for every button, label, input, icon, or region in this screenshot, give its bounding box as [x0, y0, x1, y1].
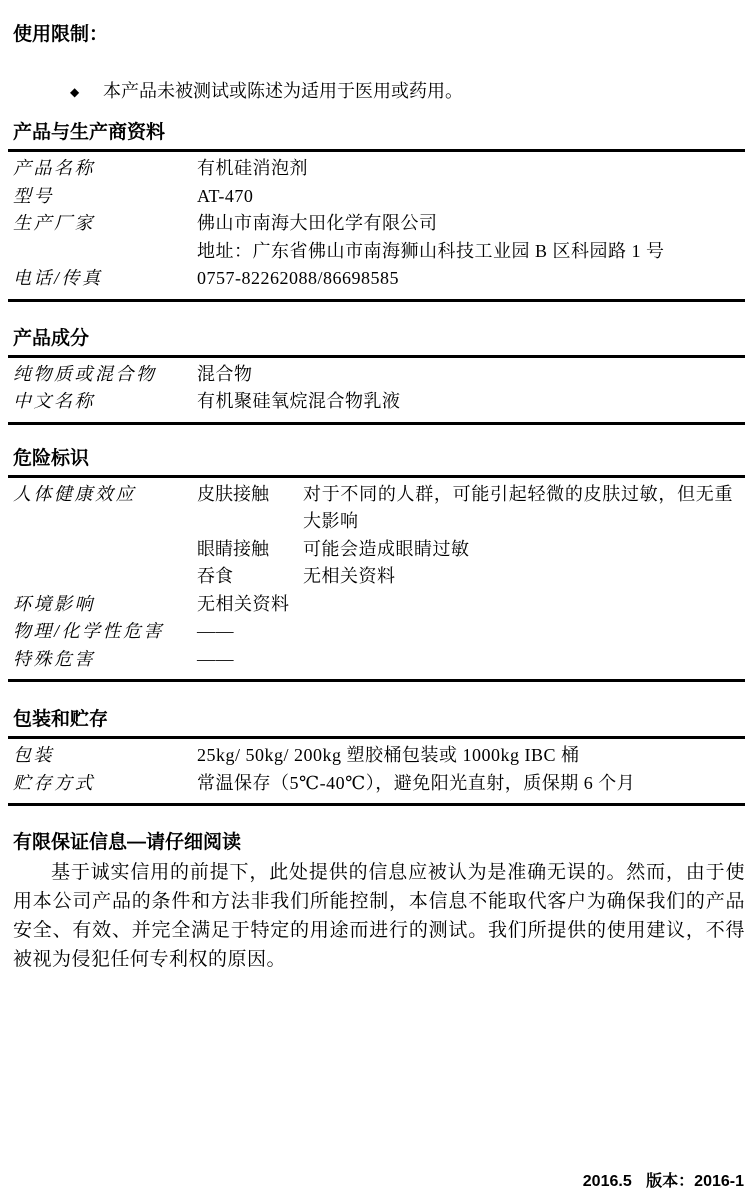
table-row: 特殊危害 ——	[13, 646, 745, 674]
row-value: ——	[197, 618, 745, 646]
section-packaging: 包装和贮存 包装 25kg/ 50kg/ 200kg 塑胶桶包装或 1000kg…	[8, 708, 745, 806]
section-title: 产品成分	[8, 327, 745, 351]
row-value: ——	[197, 646, 745, 674]
section-title: 危险标识	[8, 447, 745, 471]
row-label: 特殊危害	[13, 646, 197, 674]
divider	[8, 422, 745, 425]
section-hazards: 危险标识 人体健康效应 皮肤接触 对于不同的人群，可能引起轻微的皮肤过敏，但无重…	[8, 447, 745, 683]
section-title: 包装和贮存	[8, 708, 745, 732]
row-label: 贮存方式	[13, 770, 197, 798]
row-value: 无相关资料	[303, 563, 745, 591]
row-label: 型号	[13, 183, 197, 211]
row-sublabel: 眼睛接触	[197, 536, 303, 564]
document-page: 使用限制： ◆本产品未被测试或陈述为适用于医用或药用。 产品与生产商资料 产品名…	[8, 24, 745, 974]
row-value: 有机聚硅氧烷混合物乳液	[197, 388, 745, 416]
table-row: 包装 25kg/ 50kg/ 200kg 塑胶桶包装或 1000kg IBC 桶	[13, 742, 745, 770]
row-value: 0757-82262088/86698585	[197, 265, 745, 293]
footer-version: 版本：2016-1	[646, 1173, 744, 1190]
row-value: 无相关资料	[197, 591, 745, 619]
table-row: 眼睛接触 可能会造成眼睛过敏	[13, 536, 745, 564]
row-value: 对于不同的人群，可能引起轻微的皮肤过敏，但无重大影响	[303, 481, 733, 536]
table-row: 生产厂家 佛山市南海大田化学有限公司	[13, 210, 745, 238]
table-row: 环境影响 无相关资料	[13, 591, 745, 619]
row-label	[13, 536, 197, 564]
table-row: 吞食 无相关资料	[13, 563, 745, 591]
usage-restriction-text: 本产品未被测试或陈述为适用于医用或药用。	[103, 81, 463, 101]
footer-date: 2016.5	[583, 1173, 632, 1190]
divider	[8, 299, 745, 302]
warranty-paragraph: 基于诚实信用的前提下，此处提供的信息应被认为是准确无误的。然而，由于使用本公司产…	[8, 858, 745, 974]
row-label: 包装	[13, 742, 197, 770]
row-label: 纯物质或混合物	[13, 361, 197, 389]
usage-restriction-item: ◆本产品未被测试或陈述为适用于医用或药用。	[8, 78, 745, 106]
row-value: 25kg/ 50kg/ 200kg 塑胶桶包装或 1000kg IBC 桶	[197, 742, 745, 770]
row-value: 地址：广东省佛山市南海狮山科技工业园 B 区科园路 1 号	[197, 238, 745, 266]
divider	[8, 679, 745, 682]
divider	[8, 803, 745, 806]
table-row: 电话/传真 0757-82262088/86698585	[13, 265, 745, 293]
row-value: 可能会造成眼睛过敏	[303, 536, 745, 564]
row-value: 常温保存（5℃-40℃），避免阳光直射，质保期 6 个月	[197, 770, 745, 798]
row-value: 佛山市南海大田化学有限公司	[197, 210, 745, 238]
row-value: AT-470	[197, 183, 745, 211]
row-label: 产品名称	[13, 155, 197, 183]
row-label: 人体健康效应	[13, 481, 197, 536]
row-sublabel: 皮肤接触	[197, 481, 303, 536]
packaging-table: 包装 25kg/ 50kg/ 200kg 塑胶桶包装或 1000kg IBC 桶…	[8, 739, 745, 802]
table-row: 物理/化学性危害 ——	[13, 618, 745, 646]
composition-table: 纯物质或混合物 混合物 中文名称 有机聚硅氧烷混合物乳液	[8, 358, 745, 421]
section-warranty: 有限保证信息—请仔细阅读 基于诚实信用的前提下，此处提供的信息应被认为是准确无误…	[8, 831, 745, 974]
hazards-table: 人体健康效应 皮肤接触 对于不同的人群，可能引起轻微的皮肤过敏，但无重大影响 眼…	[8, 478, 745, 679]
table-row: 中文名称 有机聚硅氧烷混合物乳液	[13, 388, 745, 416]
table-row: 纯物质或混合物 混合物	[13, 361, 745, 389]
document-footer: 2016.5 版本：2016-1	[583, 1168, 744, 1191]
table-row: 贮存方式 常温保存（5℃-40℃），避免阳光直射，质保期 6 个月	[13, 770, 745, 798]
table-row: 产品名称 有机硅消泡剂	[13, 155, 745, 183]
section-composition: 产品成分 纯物质或混合物 混合物 中文名称 有机聚硅氧烷混合物乳液	[8, 327, 745, 425]
warranty-title: 有限保证信息—请仔细阅读	[8, 831, 745, 855]
row-label: 物理/化学性危害	[13, 618, 197, 646]
row-label: 中文名称	[13, 388, 197, 416]
row-label	[13, 238, 197, 266]
usage-restrictions-title: 使用限制：	[13, 24, 745, 46]
row-sublabel: 吞食	[197, 563, 303, 591]
row-label: 环境影响	[13, 591, 197, 619]
diamond-bullet-icon: ◆	[70, 79, 103, 106]
row-label: 生产厂家	[13, 210, 197, 238]
row-label	[13, 563, 197, 591]
section-product-info: 产品与生产商资料 产品名称 有机硅消泡剂 型号 AT-470 生产厂家 佛山市南…	[8, 121, 745, 302]
row-value: 混合物	[197, 361, 745, 389]
table-row: 型号 AT-470	[13, 183, 745, 211]
section-title: 产品与生产商资料	[8, 121, 745, 145]
row-label: 电话/传真	[13, 265, 197, 293]
table-row: 人体健康效应 皮肤接触 对于不同的人群，可能引起轻微的皮肤过敏，但无重大影响	[13, 481, 745, 536]
row-value: 有机硅消泡剂	[197, 155, 745, 183]
product-info-table: 产品名称 有机硅消泡剂 型号 AT-470 生产厂家 佛山市南海大田化学有限公司…	[8, 152, 745, 298]
table-row: 地址：广东省佛山市南海狮山科技工业园 B 区科园路 1 号	[13, 238, 745, 266]
